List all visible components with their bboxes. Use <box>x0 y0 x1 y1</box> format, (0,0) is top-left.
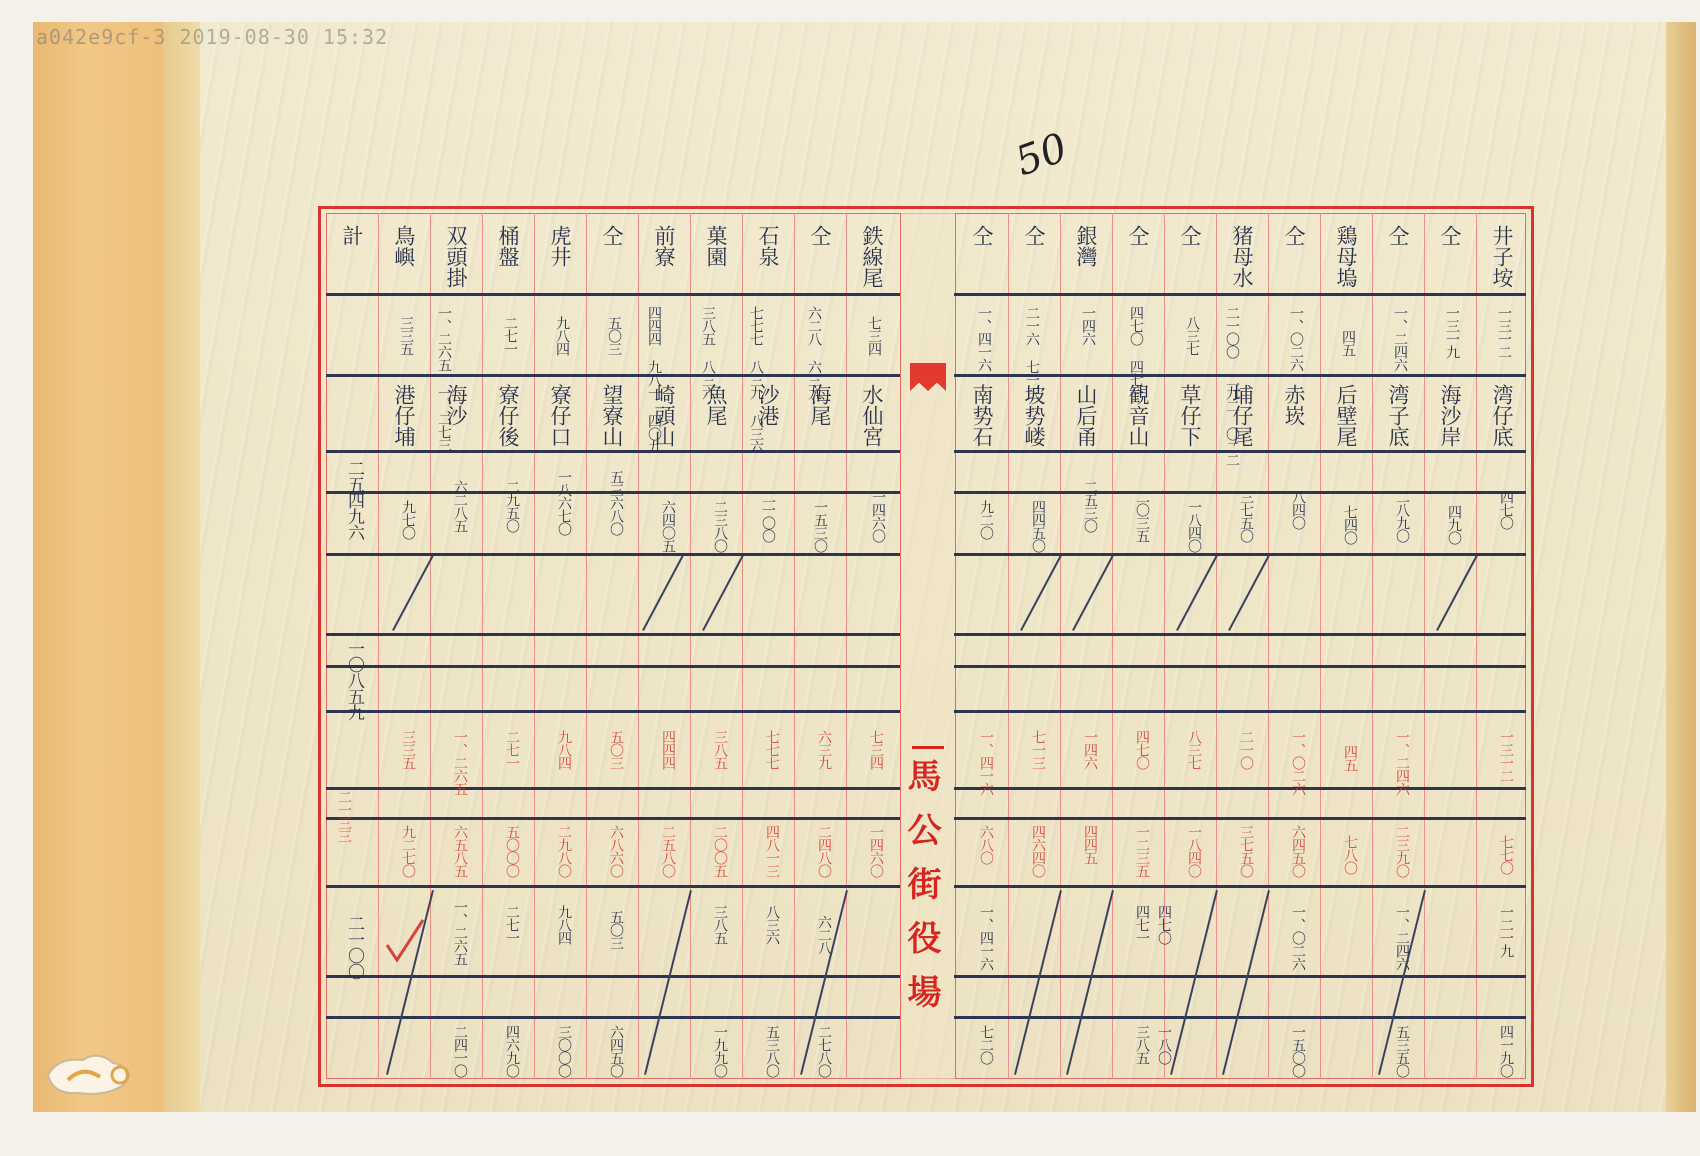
bottom-area-value: 二七一 <box>504 905 519 944</box>
bottom-value: 七二〇 <box>978 1025 993 1064</box>
area-value: 一、二六五 一、二七三 <box>436 306 451 451</box>
grid-line <box>638 213 639 1079</box>
grid-line <box>690 213 691 1079</box>
red-value: 五〇〇〇 <box>504 825 519 877</box>
right-paper-edge <box>1666 22 1696 1112</box>
total-value: 二五四九六 <box>344 460 364 540</box>
bottom-value: 三〇〇〇 <box>556 1025 571 1077</box>
red-area-value: 四七〇 <box>1134 730 1149 769</box>
grid-line <box>534 213 535 1079</box>
bottom-value: 二七八〇 <box>816 1025 831 1077</box>
area-value: 七七七 八三九 八三六 <box>748 306 763 453</box>
red-value: 七七〇 <box>1498 835 1513 874</box>
bottom-area-value: 一、四一六 <box>978 905 993 970</box>
header-village: 鶏母塢 <box>1334 225 1358 288</box>
bottom-value: 一八〇 <box>1156 1025 1171 1064</box>
red-checkmark-icon <box>385 915 425 965</box>
grid-line <box>1476 213 1477 1079</box>
area-value: 二七一 <box>502 316 517 355</box>
red-value: 六五八五 <box>452 825 467 877</box>
grid-line <box>1372 213 1373 1079</box>
red-area-value: 一、〇二六 <box>1290 730 1305 795</box>
row-divider <box>326 710 900 713</box>
bottom-area-value: 四七〇 <box>1156 905 1171 944</box>
header-village: 桶盤 <box>496 225 520 267</box>
place-name: 沙港 <box>756 384 780 426</box>
row-divider <box>954 633 1526 636</box>
value: 五三六八〇 <box>608 470 623 535</box>
value: 二一〇〇 <box>760 490 775 542</box>
area-value: 四五 <box>1340 330 1355 356</box>
red-value: 七八〇 <box>1342 835 1357 874</box>
place-name: 南势石 <box>970 384 994 447</box>
red-area-value: 三三五 <box>400 730 415 769</box>
header-village: 仝 <box>970 225 994 246</box>
title-bar-mark <box>912 746 944 749</box>
red-area-value: 七一三 <box>1030 730 1045 769</box>
grid-line <box>586 213 587 1079</box>
header-village: 仝 <box>1386 225 1410 246</box>
header-village: 仝 <box>1126 225 1150 246</box>
grid-line <box>1112 213 1113 1079</box>
area-value: 一、二四六 <box>1392 306 1407 371</box>
row-divider <box>326 817 900 820</box>
grid-line <box>742 213 743 1079</box>
header-village: 双頭掛 <box>444 225 468 288</box>
bottom-value: 六四五〇 <box>608 1025 623 1077</box>
value: 四七〇 <box>1498 490 1513 529</box>
place-name: 赤崁 <box>1282 384 1306 426</box>
red-area-value: 二七一 <box>504 730 519 769</box>
header-village: 仝 <box>600 225 624 246</box>
header-village: 銀灣 <box>1074 225 1098 267</box>
red-value: 二四八〇 <box>816 825 831 877</box>
value: 六二八五 <box>452 480 467 532</box>
header-village: 仝 <box>1282 225 1306 246</box>
bottom-value: 五三八〇 <box>764 1025 779 1077</box>
area-value: 三三五 <box>398 316 413 355</box>
value: 三七五〇 <box>1238 490 1253 542</box>
value: 九七〇 <box>400 500 415 539</box>
header-village: 虎井 <box>548 225 572 267</box>
place-name: 湾子底 <box>1386 384 1410 447</box>
header-village: 井子垵 <box>1490 225 1514 288</box>
left-binding-tape <box>33 22 163 1112</box>
margin-total: 一〇八五九 <box>344 640 363 720</box>
red-value: 四四五 <box>1082 825 1097 864</box>
header-village: 猪母水 <box>1230 225 1254 288</box>
value: 二八九〇 <box>1394 490 1409 542</box>
red-area-value: 一、二六五 <box>452 730 467 795</box>
value: 一四六〇 <box>870 490 885 542</box>
value: 八四〇 <box>1290 490 1305 529</box>
value: 二三八〇 <box>712 500 727 552</box>
header-village: 菓園 <box>704 225 728 267</box>
bottom-area-value: 一、二六五 <box>452 900 467 965</box>
grid-line <box>1268 213 1269 1079</box>
red-value: 二九八〇 <box>556 825 571 877</box>
red-area-value: 四五 <box>1342 745 1357 771</box>
row-divider <box>326 553 900 556</box>
red-value: 二〇〇五 <box>712 825 727 877</box>
bottom-area-value: 六二八 <box>816 915 831 954</box>
bottom-area-value: 一二一九 <box>1498 905 1513 957</box>
area-value: 一、〇二六 <box>1288 306 1303 371</box>
archive-logo-icon <box>38 1035 148 1105</box>
red-value: 四六四〇 <box>1030 825 1045 877</box>
row-divider <box>954 817 1526 820</box>
area-value: 五〇三 <box>606 316 621 355</box>
header-village: 仝 <box>808 225 832 246</box>
bottom-value: 三八五 <box>1134 1025 1149 1064</box>
row-divider <box>954 787 1526 790</box>
grid-line <box>1164 213 1165 1079</box>
value: 一八四〇 <box>1186 500 1201 552</box>
left-binding-strip <box>163 22 201 1112</box>
red-area-value: 一四六 <box>1082 730 1097 769</box>
value: 六四〇五 <box>660 500 675 552</box>
header-total: 計 <box>340 225 364 246</box>
place-name: 観音山 <box>1126 384 1150 447</box>
issuer-title: 馬公街役場 <box>906 758 950 1028</box>
scan-id-stamp: a042e9cf-3 2019-08-30 15:32 <box>36 25 388 49</box>
red-area-value: 五〇三 <box>608 730 623 769</box>
value: 二〇三五 <box>1134 490 1149 542</box>
red-value: 三七五〇 <box>1238 825 1253 877</box>
grid-line <box>1060 213 1061 1079</box>
place-name: 山后甬 <box>1074 384 1098 447</box>
red-area-value: 二一〇 <box>1238 730 1253 769</box>
red-area-value: 九八四 <box>556 730 571 769</box>
row-divider <box>954 553 1526 556</box>
header-village: 鉄線尾 <box>860 225 884 288</box>
area-value: 一四六 <box>1080 306 1095 345</box>
area-value: 一三一二 <box>1496 306 1511 358</box>
bottom-value: 五三五〇 <box>1394 1025 1409 1077</box>
place-name: 水仙宮 <box>860 384 884 447</box>
value: 四四五〇 <box>1030 500 1045 552</box>
place-name: 海尾 <box>808 384 832 426</box>
value: 九二〇 <box>978 500 993 539</box>
place-name: 埔仔尾 <box>1230 384 1254 447</box>
grid-line <box>1008 213 1009 1079</box>
bottom-value: 一五〇〇 <box>1290 1025 1305 1077</box>
red-value: 六八六〇 <box>608 825 623 877</box>
grid-line <box>1216 213 1217 1079</box>
row-divider <box>954 450 1526 453</box>
red-total-value: 二一三三 <box>336 790 351 842</box>
red-area-value: 一三一二 <box>1498 730 1513 782</box>
red-value: 二三九〇 <box>1394 825 1409 877</box>
grid-line <box>846 213 847 1079</box>
row-divider <box>326 787 900 790</box>
row-divider <box>954 710 1526 713</box>
red-value: 四八一三 <box>764 825 779 877</box>
place-name: 港仔埔 <box>392 384 416 447</box>
bottom-value: 四一九〇 <box>1498 1025 1513 1077</box>
grid-line <box>378 213 379 1079</box>
header-village: 仝 <box>1178 225 1202 246</box>
red-value: 二五八〇 <box>660 825 675 877</box>
grid-line <box>482 213 483 1079</box>
value: 二九五〇 <box>504 480 519 532</box>
header-village: 仝 <box>1438 225 1462 246</box>
bottom-value: 一九九〇 <box>712 1025 727 1077</box>
row-divider <box>954 293 1526 296</box>
place-name: 崎頭山 <box>652 384 676 447</box>
bottom-value: 四六九〇 <box>504 1025 519 1077</box>
bottom-area-value: 四七一 <box>1134 905 1149 944</box>
area-value: 七三四 <box>866 316 881 355</box>
header-village: 石泉 <box>756 225 780 267</box>
bottom-area-value: 九八四 <box>556 905 571 944</box>
place-name: 后壁尾 <box>1334 384 1358 447</box>
red-value: 一四六〇 <box>868 825 883 877</box>
red-area-value: 四四四 <box>660 730 675 769</box>
row-divider <box>326 665 900 668</box>
bottom-area-value: 五〇三 <box>608 910 623 949</box>
margin-total: 二一〇〇 <box>344 915 363 979</box>
value: 一五三〇 <box>812 500 827 552</box>
red-value: 一二三五 <box>1134 825 1149 877</box>
value: 一八六七〇 <box>556 470 571 535</box>
place-name: 望寮山 <box>600 384 624 447</box>
header-village: 前寮 <box>652 225 676 267</box>
place-name: 草仔下 <box>1178 384 1202 447</box>
grid-line <box>430 213 431 1079</box>
header-village: 仝 <box>1022 225 1046 246</box>
grid-line <box>1424 213 1425 1079</box>
row-divider <box>954 1016 1526 1019</box>
red-value: 九二七〇 <box>400 825 415 877</box>
red-area-value: 三八五 <box>712 730 727 769</box>
place-name: 海沙 <box>444 384 468 426</box>
red-area-value: 一、二四六 <box>1394 730 1409 795</box>
row-divider <box>326 450 900 453</box>
bottom-area-value: 三八五 <box>712 905 727 944</box>
place-name: 魚尾 <box>704 384 728 426</box>
red-area-value: 六三九 <box>816 730 831 769</box>
value: 二五三〇 <box>1082 480 1097 532</box>
red-value: 六八〇 <box>978 825 993 864</box>
row-divider <box>326 633 900 636</box>
row-divider <box>954 885 1526 888</box>
value: 七四〇 <box>1342 505 1357 544</box>
row-divider <box>326 293 900 296</box>
place-name: 湾仔底 <box>1490 384 1514 447</box>
area-value: 八三七 <box>1184 316 1199 355</box>
red-value: 六四五〇 <box>1290 825 1305 877</box>
red-area-value: 八三七 <box>1186 730 1201 769</box>
bottom-value: 二四一〇 <box>452 1025 467 1077</box>
red-area-value: 七七七 <box>764 730 779 769</box>
place-name: 寮仔後 <box>496 384 520 447</box>
place-name: 寮仔口 <box>548 384 572 447</box>
place-name: 坡势嵝 <box>1022 384 1046 447</box>
row-divider <box>326 885 900 888</box>
area-value: 九八四 <box>554 316 569 355</box>
red-area-value: 七三四 <box>868 730 883 769</box>
grid-line <box>1320 213 1321 1079</box>
bottom-area-value: 八三六 <box>764 905 779 944</box>
row-divider <box>954 665 1526 668</box>
place-name: 海沙岸 <box>1438 384 1462 447</box>
grid-line <box>794 213 795 1079</box>
area-value: 一三一九 <box>1444 306 1459 358</box>
area-value: 一、四一六 <box>976 306 991 371</box>
red-value: 一八四〇 <box>1186 825 1201 877</box>
value: 四九〇 <box>1446 505 1461 544</box>
header-village: 鳥嶼 <box>392 225 416 267</box>
red-area-value: 一、四一六 <box>978 730 993 795</box>
bottom-area-value: 一、〇二六 <box>1290 905 1305 970</box>
